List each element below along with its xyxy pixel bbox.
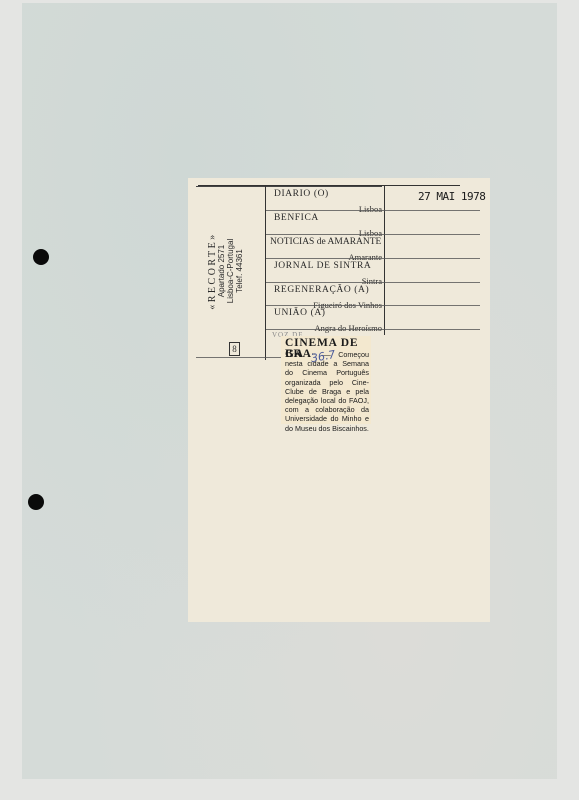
clipping-title-continuation: GA (285, 348, 304, 360)
date-row-divider (386, 258, 480, 259)
publication-name: NOTICIAS de AMARANTE (270, 237, 381, 247)
date-row-divider (386, 234, 480, 235)
row-divider (266, 329, 386, 330)
row-divider (196, 357, 282, 358)
date-row-divider (386, 329, 480, 330)
publication-name: REGENERAÇÃO (A) (274, 285, 369, 295)
punch-hole-top (33, 249, 49, 265)
publication-name: BENFICA (274, 213, 319, 223)
stamp-address: Apartado 2571 (217, 232, 226, 309)
date-row-divider (386, 210, 480, 211)
stamp-city: Lisboa-C-Portugal (226, 232, 235, 309)
clipping-text: cidade a Semana do Cinema Português orga… (285, 359, 369, 432)
date-stamp: 27 MAI 1978 (418, 190, 485, 203)
publication-name: UNIÃO (A) (274, 308, 326, 318)
recorte-stamp: «RECORTE» Apartado 2571 Lisboa-C-Portuga… (196, 218, 256, 323)
punch-hole-bottom (28, 494, 44, 510)
date-row-divider (386, 282, 480, 283)
box-number: 8 (229, 342, 240, 356)
publication-name: DIARIO (O) (274, 189, 329, 199)
stamp-title: «RECORTE» (208, 232, 217, 309)
stamp-phone: Telef. 44361 (235, 232, 244, 309)
publication-city: Angra do Heroísmo (314, 323, 382, 333)
date-row-divider (386, 305, 480, 306)
column-rule-right (384, 185, 385, 335)
publication-name: JORNAL DE SINTRA (274, 261, 371, 271)
